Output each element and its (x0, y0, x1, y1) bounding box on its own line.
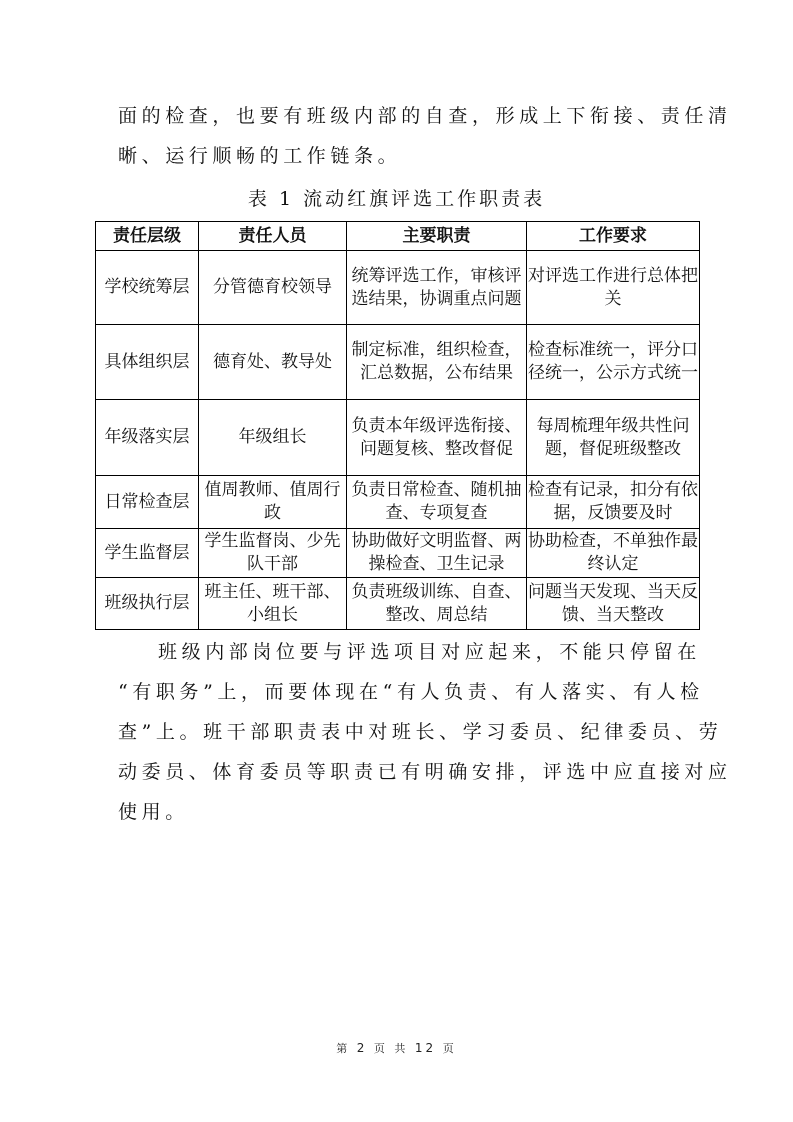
table-row: 日常检查层 值周教师、值周行政 负责日常检查、随机抽查、专项复查 检查有记录，扣… (96, 476, 700, 529)
footer-mid: 页 共 (374, 1042, 409, 1055)
table-cell: 学校统筹层 (96, 251, 199, 325)
table-cell: 协助做好文明监督、两操检查、卫生记录 (347, 529, 527, 578)
table-cell: 值周教师、值周行政 (199, 476, 347, 529)
table-caption: 表 1 流动红旗评选工作职责表 (0, 184, 793, 214)
text-line: 面的检查，也要有班级内部的自查，形成上下衔接、责任清 (118, 96, 678, 136)
table-cell: 检查标准统一，评分口径统一，公示方式统一 (527, 325, 700, 400)
column-header: 主要职责 (347, 222, 527, 251)
table-cell: 学生监督层 (96, 529, 199, 578)
table-row: 学生监督层 学生监督岗、少先队干部 协助做好文明监督、两操检查、卫生记录 协助检… (96, 529, 700, 578)
paragraph-top: 面的检查，也要有班级内部的自查，形成上下衔接、责任清 晰、运行顺畅的工作链条。 (118, 96, 678, 176)
text-line: 动委员、体育委员等职责已有明确安排，评选中应直接对应 (118, 752, 678, 792)
table-row: 具体组织层 德育处、教导处 制定标准，组织检查，汇总数据，公布结果 检查标准统一… (96, 325, 700, 400)
table-cell: 班级执行层 (96, 578, 199, 630)
current-page-number: 2 (357, 1041, 368, 1055)
text-line: 班级内部岗位要与评选项目对应起来，不能只停留在 (118, 632, 678, 672)
table-cell: 检查有记录，扣分有依据，反馈要及时 (527, 476, 700, 529)
column-header: 工作要求 (527, 222, 700, 251)
table-row: 学校统筹层 分管德育校领导 统筹评选工作，审核评选结果，协调重点问题 对评选工作… (96, 251, 700, 325)
responsibility-table: 责任层级 责任人员 主要职责 工作要求 学校统筹层 分管德育校领导 统筹评选工作… (95, 221, 700, 630)
table-cell: 班主任、班干部、小组长 (199, 578, 347, 630)
table-cell: 日常检查层 (96, 476, 199, 529)
table-cell: 制定标准，组织检查，汇总数据，公布结果 (347, 325, 527, 400)
footer-prefix: 第 (336, 1042, 350, 1055)
text-line: 查”上。班干部职责表中对班长、学习委员、纪律委员、劳 (118, 712, 678, 752)
table-header-row: 责任层级 责任人员 主要职责 工作要求 (96, 222, 700, 251)
table-cell: 负责日常检查、随机抽查、专项复查 (347, 476, 527, 529)
table-row: 班级执行层 班主任、班干部、小组长 负责班级训练、自查、整改、周总结 问题当天发… (96, 578, 700, 630)
table-cell: 问题当天发现、当天反馈、当天整改 (527, 578, 700, 630)
text-line: 使用。 (118, 792, 678, 832)
table-cell: 学生监督岗、少先队干部 (199, 529, 347, 578)
table-cell: 年级组长 (199, 400, 347, 476)
text-line: “有职务”上，而要体现在“有人负责、有人落实、有人检 (118, 672, 678, 712)
column-header: 责任人员 (199, 222, 347, 251)
table-cell: 每周梳理年级共性问题，督促班级整改 (527, 400, 700, 476)
table-cell: 对评选工作进行总体把关 (527, 251, 700, 325)
column-header: 责任层级 (96, 222, 199, 251)
table-cell: 统筹评选工作，审核评选结果，协调重点问题 (347, 251, 527, 325)
table-cell: 负责班级训练、自查、整改、周总结 (347, 578, 527, 630)
table-cell: 德育处、教导处 (199, 325, 347, 400)
table-cell: 协助检查，不单独作最终认定 (527, 529, 700, 578)
page-footer: 第 2 页 共 12 页 (0, 1040, 793, 1056)
table-cell: 具体组织层 (96, 325, 199, 400)
paragraph-bottom: 班级内部岗位要与评选项目对应起来，不能只停留在 “有职务”上，而要体现在“有人负… (118, 632, 678, 832)
table-cell: 负责本年级评选衔接、问题复核、整改督促 (347, 400, 527, 476)
table-row: 年级落实层 年级组长 负责本年级评选衔接、问题复核、整改督促 每周梳理年级共性问… (96, 400, 700, 476)
text-line: 晰、运行顺畅的工作链条。 (118, 136, 678, 176)
footer-suffix: 页 (443, 1042, 457, 1055)
table-cell: 年级落实层 (96, 400, 199, 476)
table-cell: 分管德育校领导 (199, 251, 347, 325)
total-pages-number: 12 (415, 1041, 436, 1055)
